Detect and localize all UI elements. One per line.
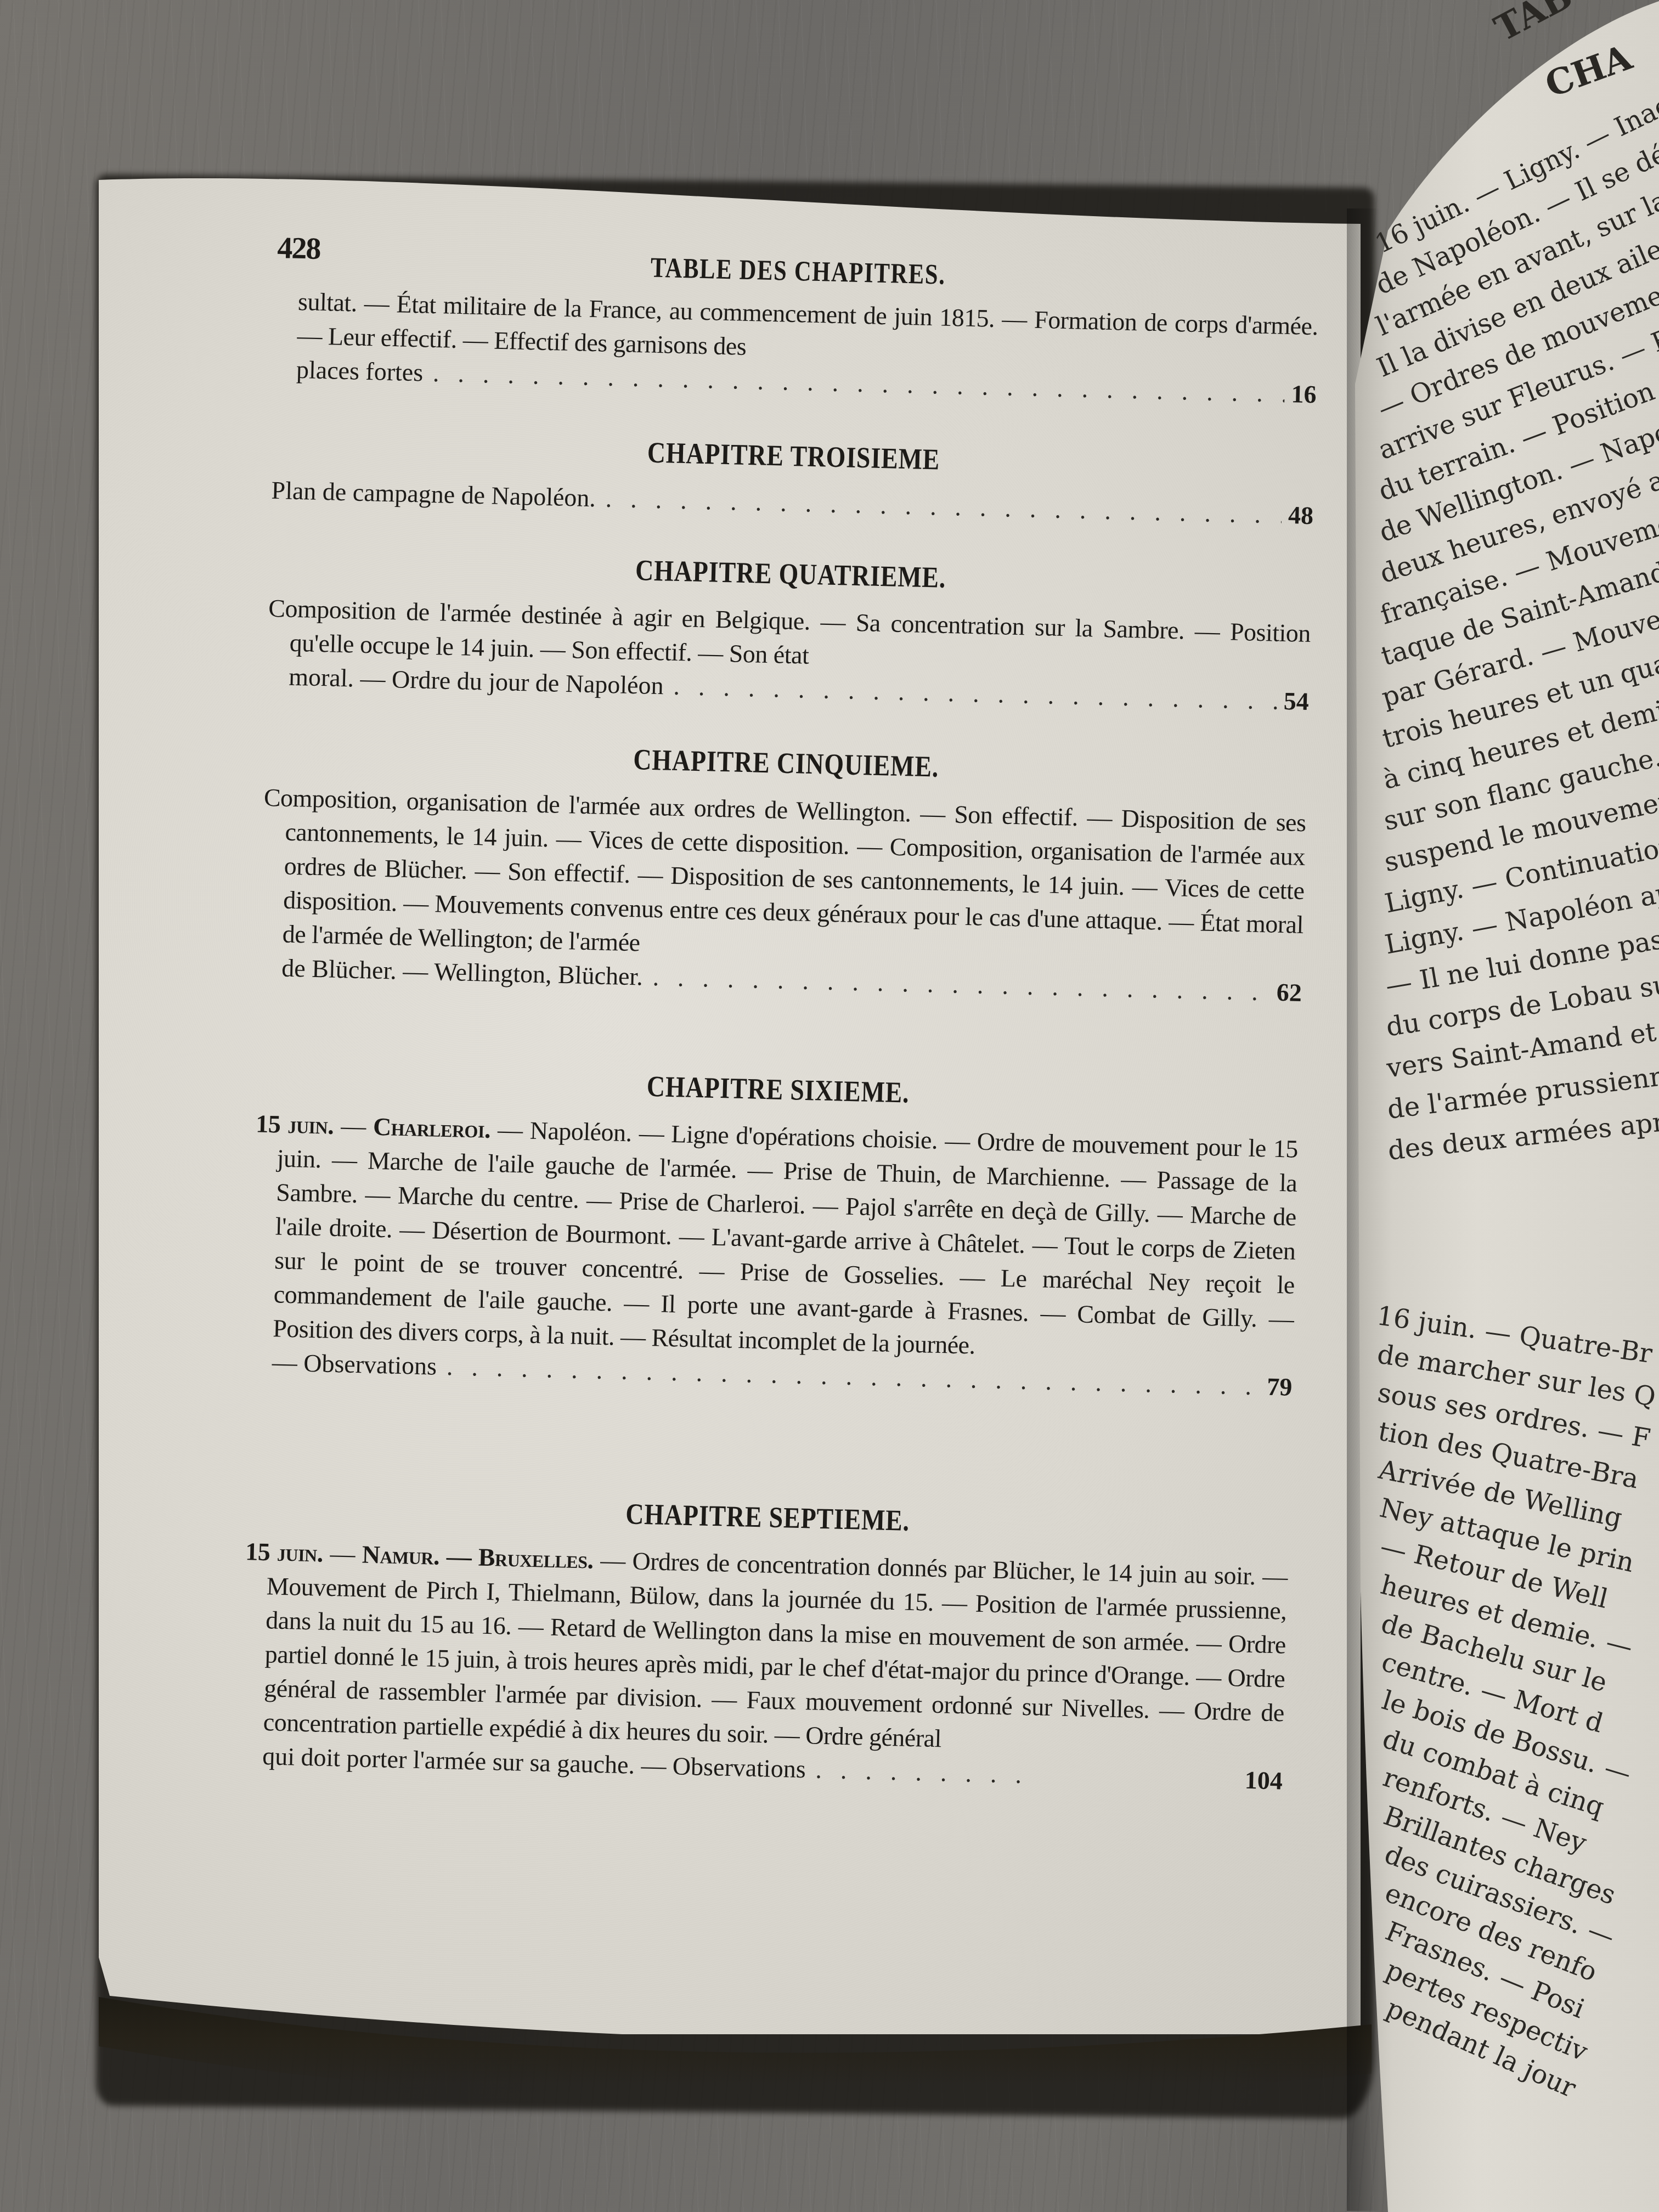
entry-text: Composition, organisation de l'armée aux…	[260, 781, 1306, 976]
toc-chapter-7: CHAPITRE SEPTIEME. 15 juin. — Namur. — B…	[240, 1474, 1290, 1798]
date-label: 15 juin.	[245, 1537, 324, 1567]
page-number: 428	[277, 230, 321, 267]
page-ref: 62	[1269, 975, 1302, 1010]
toc-chapter-3: CHAPITRE TROISIEME Plan de campagne de N…	[271, 413, 1316, 533]
page-ref: 54	[1277, 684, 1309, 719]
date-label: 15 juin.	[256, 1109, 334, 1139]
toc-chapter-6: CHAPITRE SIXIEME. 15 juin. — Charleroi. …	[250, 1047, 1300, 1404]
page-ref: 48	[1281, 498, 1313, 533]
left-page: 428 TABLE DES CHAPITRES. sultat. — État …	[99, 147, 1361, 2034]
toc-chapter-4: CHAPITRE QUATRIEME. Composition de l'arm…	[267, 531, 1313, 719]
toc-chapter-5: CHAPITRE CINQUIEME. Composition, organis…	[259, 720, 1308, 1010]
page-ref: 79	[1260, 1369, 1293, 1404]
entry-body: — Napoléon. — Ligne d'opérations choisie…	[273, 1115, 1299, 1359]
place-label: Namur. — Bruxelles.	[362, 1540, 594, 1573]
entry-text: 15 juin. — Namur. — Bruxelles. — Ordres …	[241, 1534, 1288, 1764]
page-ref: 104	[1238, 1763, 1283, 1798]
page-ref: 16	[1284, 377, 1317, 411]
entry-body: — Ordres de concentration donnés par Blü…	[263, 1546, 1288, 1752]
place-label: Charleroi.	[373, 1113, 490, 1143]
leader-text: places fortes	[296, 353, 424, 390]
toc-entry-continuation: sultat. — État militaire de la France, a…	[274, 284, 1318, 411]
leader-text: — Observations	[272, 1345, 437, 1383]
entry-text: 15 juin. — Charleroi. — Napoléon. — Lign…	[251, 1107, 1299, 1370]
